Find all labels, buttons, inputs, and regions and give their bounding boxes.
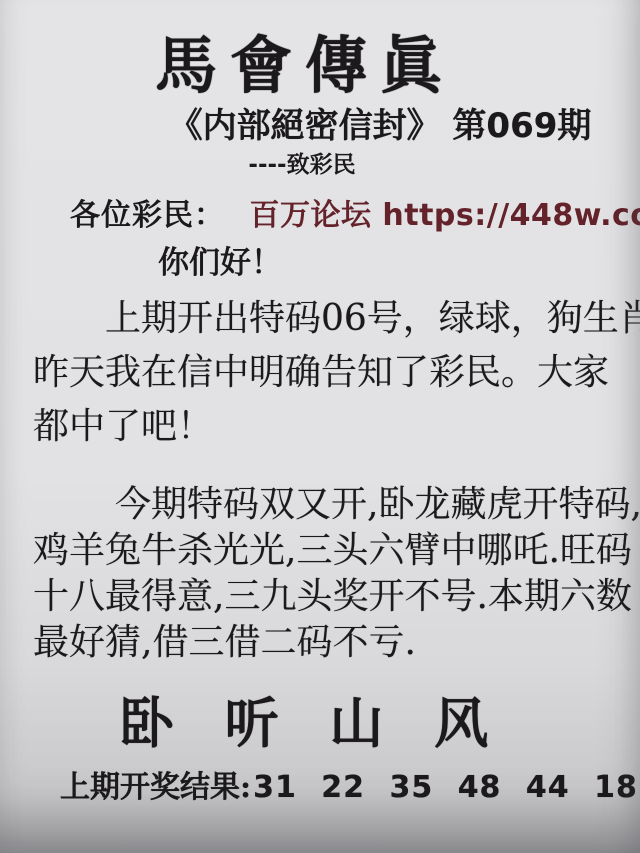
greeting-row: 各位彩民： 百万论坛 https://448w.com (70, 196, 640, 236)
draw-number: 48 (458, 770, 502, 805)
paragraph-line: 昨天我在信中明确告知了彩民。大家 (33, 346, 616, 400)
forum-watermark-url: 百万论坛 https://448w.com (249, 198, 640, 233)
paragraph-line: 最好猜,借三借二码不亏. (33, 620, 616, 666)
greeting-hello: 你们好！ (158, 243, 282, 283)
signature-name: 卧 听 山 风 (0, 688, 640, 758)
page-title: 馬會傳眞 (0, 26, 640, 106)
draw-number: 18 (594, 770, 638, 805)
paragraph-line: 今期特码双又开,卧龙藏虎开特码, (33, 482, 616, 528)
paragraph-previous-draw: 上期开出特码06号，绿球，狗生肖。 昨天我在信中明确告知了彩民。大家 都中了吧！ (33, 292, 616, 454)
last-draw-label: 上期开奖结果: (60, 770, 251, 805)
draw-number: 35 (389, 770, 433, 805)
paragraph-line: 十八最得意,三九头奖开不号.本期六数 (33, 574, 616, 620)
paragraph-line: 鸡羊兔牛杀光光,三头六臂中哪吒.旺码 (33, 528, 616, 574)
paragraph-line: 都中了吧！ (33, 400, 616, 454)
paragraph-line: 上期开出特码06号，绿球，狗生肖。 (33, 292, 616, 346)
paragraph-current-tips: 今期特码双又开,卧龙藏虎开特码, 鸡羊兔牛杀光光,三头六臂中哪吒.旺码 十八最得… (33, 482, 616, 666)
fax-page: 馬會傳眞 《内部絕密信封》 第069期 ----致彩民 各位彩民： 百万论坛 h… (0, 0, 640, 853)
salutation-text: 各位彩民： (70, 198, 225, 233)
draw-number: 22 (321, 770, 365, 805)
draw-number: 31 (253, 770, 297, 805)
last-draw-results: 上期开奖结果:31 22 35 48 44 18 特06 (60, 768, 640, 808)
issue-line: 《内部絕密信封》 第069期 (0, 104, 640, 148)
dedication-line: ----致彩民 (0, 150, 640, 180)
draw-number: 44 (526, 770, 570, 805)
